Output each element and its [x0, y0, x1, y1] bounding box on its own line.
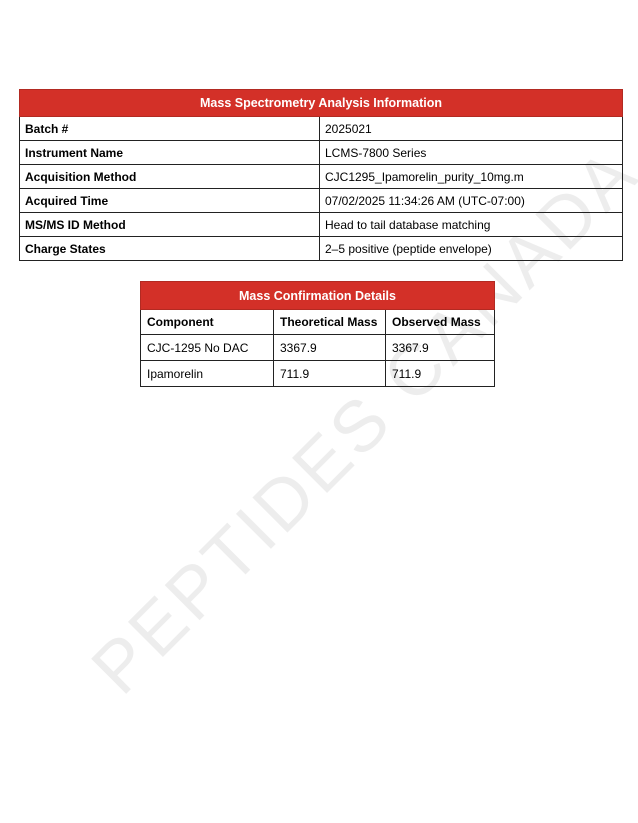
table-row: Acquired Time 07/02/2025 11:34:26 AM (UT… — [20, 189, 623, 213]
theoretical-mass-cell: 711.9 — [274, 361, 386, 387]
observed-mass-cell: 711.9 — [386, 361, 495, 387]
row-value: LCMS-7800 Series — [320, 141, 623, 165]
table-row: Batch # 2025021 — [20, 117, 623, 141]
row-value: 2025021 — [320, 117, 623, 141]
row-value: CJC1295_Ipamorelin_purity_10mg.m — [320, 165, 623, 189]
row-label: Instrument Name — [20, 141, 320, 165]
table-row: Ipamorelin 711.9 711.9 — [141, 361, 495, 387]
row-label: MS/MS ID Method — [20, 213, 320, 237]
table-row: Instrument Name LCMS-7800 Series — [20, 141, 623, 165]
row-label: Charge States — [20, 237, 320, 261]
theoretical-mass-cell: 3367.9 — [274, 335, 386, 361]
table-row: MS/MS ID Method Head to tail database ma… — [20, 213, 623, 237]
info-table-title: Mass Spectrometry Analysis Information — [20, 90, 623, 117]
column-header-row: Component Theoretical Mass Observed Mass — [141, 310, 495, 335]
row-value: Head to tail database matching — [320, 213, 623, 237]
column-header-observed-mass: Observed Mass — [386, 310, 495, 335]
component-cell: CJC-1295 No DAC — [141, 335, 274, 361]
table-row: CJC-1295 No DAC 3367.9 3367.9 — [141, 335, 495, 361]
observed-mass-cell: 3367.9 — [386, 335, 495, 361]
row-value: 2–5 positive (peptide envelope) — [320, 237, 623, 261]
mass-spectrometry-info-table: Mass Spectrometry Analysis Information B… — [19, 89, 623, 261]
row-label: Acquisition Method — [20, 165, 320, 189]
row-label: Acquired Time — [20, 189, 320, 213]
column-header-theoretical-mass: Theoretical Mass — [274, 310, 386, 335]
row-value: 07/02/2025 11:34:26 AM (UTC-07:00) — [320, 189, 623, 213]
component-cell: Ipamorelin — [141, 361, 274, 387]
mass-confirmation-table: Mass Confirmation Details Component Theo… — [140, 281, 495, 387]
table-row: Acquisition Method CJC1295_Ipamorelin_pu… — [20, 165, 623, 189]
row-label: Batch # — [20, 117, 320, 141]
mass-table-title: Mass Confirmation Details — [141, 282, 495, 310]
column-header-component: Component — [141, 310, 274, 335]
table-row: Charge States 2–5 positive (peptide enve… — [20, 237, 623, 261]
